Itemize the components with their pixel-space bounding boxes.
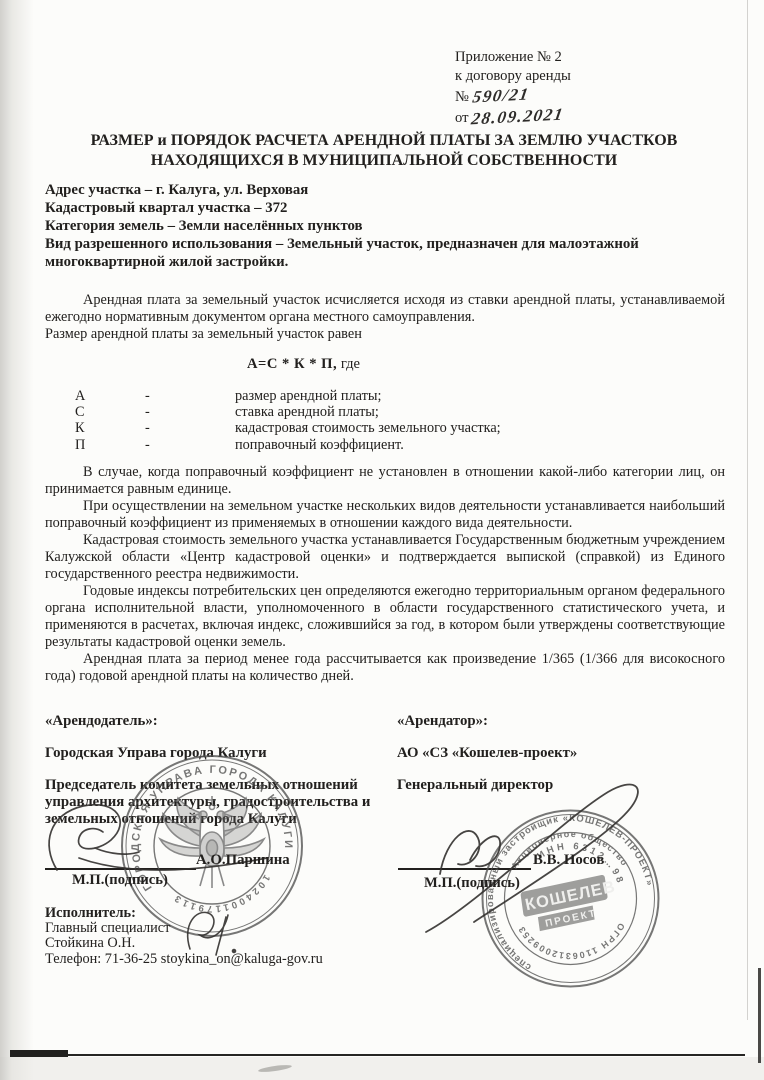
definition-meaning: ставка арендной платы; (235, 404, 379, 420)
body-paragraph: При осуществлении на земельном участке н… (45, 498, 725, 532)
plot-quarter: Кадастровый квартал участка – 372 (45, 199, 725, 217)
definition-row: К - кадастровая стоимость земельного уча… (75, 420, 675, 436)
appendix-line: Приложение № 2 (455, 48, 571, 67)
handwritten-contract-date: 28.09.2021 (470, 105, 565, 129)
title-line-2: НАХОДЯЩИХСЯ В МУНИЦИПАЛЬНОЙ СОБСТВЕННОСТ… (38, 151, 730, 171)
definition-dash: - (145, 404, 235, 420)
formula-suffix: где (337, 356, 360, 372)
contract-number-line: № 590/21 (455, 86, 571, 107)
intro-paragraph: Арендная плата за земельный участок исчи… (45, 292, 725, 326)
handwritten-contract-number: 590/21 (471, 85, 531, 107)
definition-symbol: А (75, 388, 145, 404)
plot-usage: Вид разрешенного использования – Земельн… (45, 235, 725, 271)
definition-symbol: С (75, 404, 145, 420)
date-label: от (455, 110, 468, 126)
definition-symbol: П (75, 437, 145, 453)
lessor-seal-note: М.П.(подпись) (72, 872, 168, 889)
bottom-scan-area (0, 1057, 764, 1080)
formula-definitions: А - размер арендной платы; С - ставка ар… (75, 388, 675, 453)
scanned-document-page: Приложение № 2 к договору аренды № 590/2… (0, 0, 764, 1080)
definition-row: С - ставка арендной платы; (75, 404, 675, 420)
document-title: РАЗМЕР и ПОРЯДОК РАСЧЕТА АРЕНДНОЙ ПЛАТЫ … (38, 131, 730, 170)
definition-meaning: поправочный коэффициент. (235, 437, 404, 453)
plot-address: Адрес участка – г. Калуга, ул. Верховая (45, 181, 725, 199)
definition-meaning: размер арендной платы; (235, 388, 381, 404)
definition-dash: - (145, 388, 235, 404)
plot-info-block: Адрес участка – г. Калуга, ул. Верховая … (45, 181, 725, 271)
body-paragraph: Арендная плата за период менее года расс… (45, 651, 725, 685)
intro-paragraph-2: Размер арендной платы за земельный участ… (45, 326, 725, 343)
bottom-page-edge-line (12, 1054, 745, 1056)
definition-meaning: кадастровая стоимость земельного участка… (235, 420, 501, 436)
definition-dash: - (145, 420, 235, 436)
right-page-edge-dark (758, 968, 761, 1063)
document-header: Приложение № 2 к договору аренды № 590/2… (455, 48, 571, 128)
body-paragraph: Годовые индексы потребительских цен опре… (45, 583, 725, 651)
right-page-fold-line (747, 0, 748, 1020)
body-paragraph: В случае, когда поправочный коэффициент … (45, 464, 725, 498)
lessee-seal-note: М.П.(подпись) (424, 875, 520, 892)
definition-symbol: К (75, 420, 145, 436)
lessee-role: «Арендатор»: (397, 713, 717, 730)
executor-name: Стойкина О.Н. (45, 936, 323, 951)
lessor-role: «Арендодатель»: (45, 713, 393, 730)
lessor-name: А.О.Паршина (196, 852, 290, 869)
body-paragraph: Кадастровая стоимость земельного участка… (45, 532, 725, 583)
executor-position: Главный специалист (45, 921, 323, 936)
intro-block: Арендная плата за земельный участок исчи… (45, 292, 725, 343)
contract-date-line: от 28.09.2021 (455, 107, 571, 128)
definition-row: А - размер арендной платы; (75, 388, 675, 404)
left-scan-shadow (0, 0, 34, 1080)
bottom-left-edge-mark (10, 1050, 68, 1057)
number-label: № (455, 89, 469, 105)
definition-dash: - (145, 437, 235, 453)
executor-label: Исполнитель: (45, 906, 323, 921)
lessee-name: В.В. Носов (533, 852, 604, 869)
contract-line: к договору аренды (455, 67, 571, 86)
plot-category: Категория земель – Земли населённых пунк… (45, 217, 725, 235)
rent-formula: А=С * К * П, где (247, 356, 360, 373)
lessee-organization: АО «СЗ «Кошелев-проект» (397, 745, 717, 762)
body-paragraphs: В случае, когда поправочный коэффициент … (45, 464, 725, 685)
formula-expression: А=С * К * П, (247, 356, 337, 372)
title-line-1: РАЗМЕР и ПОРЯДОК РАСЧЕТА АРЕНДНОЙ ПЛАТЫ … (38, 131, 730, 151)
definition-row: П - поправочный коэффициент. (75, 437, 675, 453)
executor-block: Исполнитель: Главный специалист Стойкина… (45, 906, 323, 967)
executor-contact: Телефон: 71-36-25 stoykina_on@kaluga-gov… (45, 952, 323, 967)
